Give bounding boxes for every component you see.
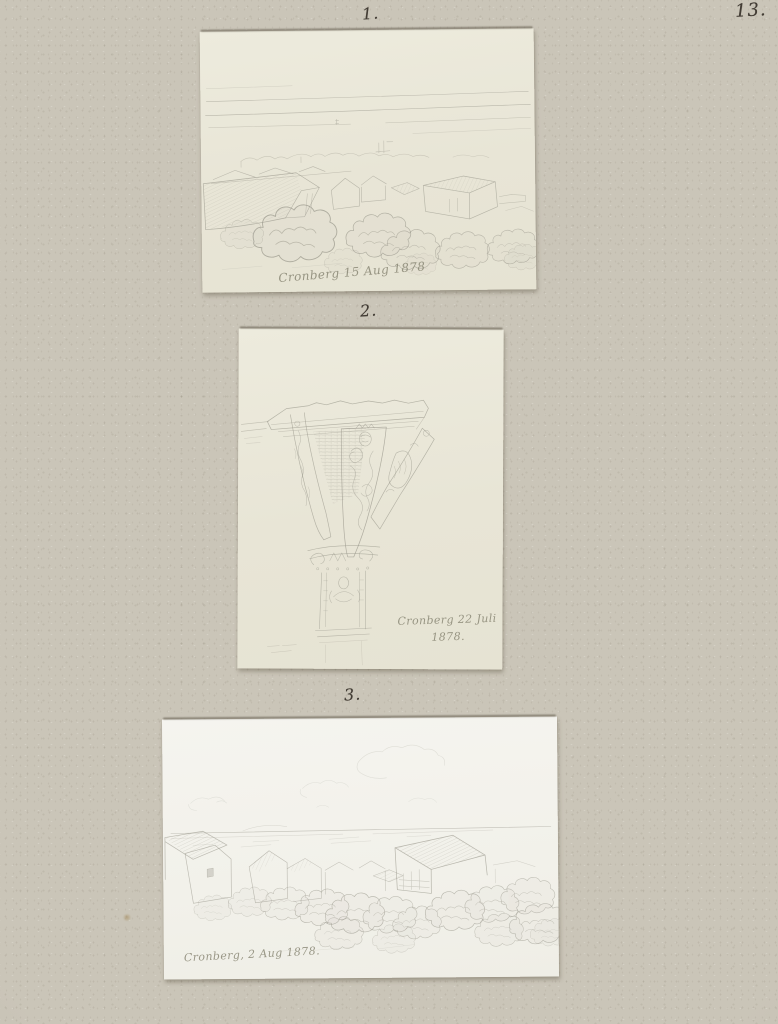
- sketch-2-number: 2.: [359, 300, 378, 320]
- foxing-stain: [123, 914, 131, 921]
- folio-number: 13.: [734, 0, 767, 22]
- sketch-1-paper: Cronberg 15 Aug 1878: [200, 28, 537, 292]
- sketch-1-number: 1.: [361, 3, 380, 23]
- sketch-2-inscription-line2: 1878.: [431, 630, 465, 644]
- sketch-3-paper: Cronberg, 2 Aug 1878.: [162, 716, 559, 979]
- sketch-3-number: 3.: [343, 684, 362, 704]
- album-page: 1. 13. 2. 3.: [0, 0, 778, 1024]
- sketch-3-drawing: [162, 716, 559, 979]
- sketch-2-paper: Cronberg 22 Juli 1878.: [237, 328, 503, 669]
- sketch-1-drawing: [200, 28, 537, 292]
